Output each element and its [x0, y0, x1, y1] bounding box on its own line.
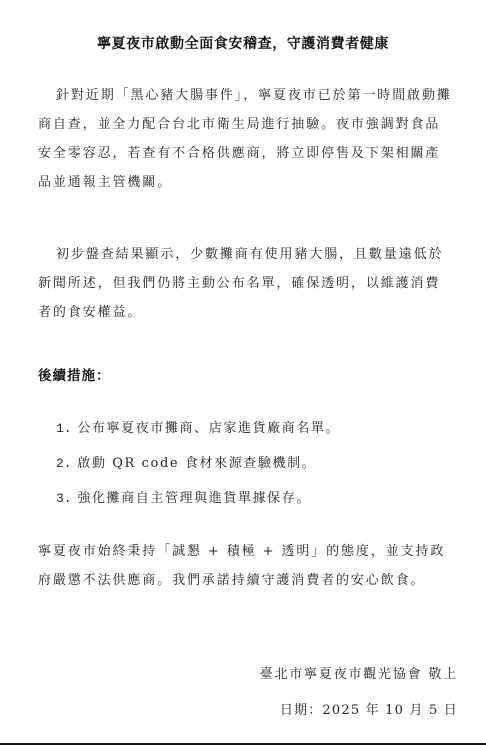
- paragraph-incident-response: 針對近期「黑心豬大腸事件」，寧夏夜市已於第一時間啟動攤商自查，並全力配合台北市衛…: [38, 81, 454, 197]
- press-release-page: 寧夏夜市啟動全面食安稽查，守護消費者健康 針對近期「黑心豬大腸事件」，寧夏夜市已…: [0, 0, 486, 745]
- list-item: 2. 啟動 QR code 食材來源查驗機制。: [56, 449, 340, 484]
- document-title: 寧夏夜市啟動全面食安稽查，守護消費者健康: [0, 33, 486, 53]
- paragraph-initial-findings: 初步盤查結果顯示，少數攤商有使用豬大腸，且數量遠低於新聞所述，但我們仍將主動公布…: [38, 240, 454, 327]
- section-heading-follow-up: 後續措施：: [38, 364, 111, 384]
- date-line: 日期：2025 年 10 月 5 日: [280, 699, 458, 718]
- list-item: 1. 公布寧夏夜市攤商、店家進貨廠商名單。: [56, 414, 340, 449]
- list-item-text: 強化攤商自主管理與進貨單據保存。: [77, 491, 311, 506]
- signature-line: 臺北市寧夏夜市觀光協會 敬上: [260, 663, 458, 682]
- list-item-number: 2.: [56, 456, 72, 471]
- list-item-text: 啟動 QR code 食材來源查驗機制。: [77, 456, 316, 471]
- list-item-number: 3.: [56, 491, 72, 506]
- list-item: 3. 強化攤商自主管理與進貨單據保存。: [56, 484, 340, 519]
- paragraph-text: 初步盤查結果顯示，少數攤商有使用豬大腸，且數量遠低於新聞所述，但我們仍將主動公布…: [38, 247, 443, 320]
- list-item-number: 1.: [56, 421, 72, 436]
- closing-paragraph: 寧夏夜市始終秉持「誠懇 + 積極 + 透明」的態度，並支持政府嚴懲不法供應商。我…: [38, 537, 454, 595]
- paragraph-text: 針對近期「黑心豬大腸事件」，寧夏夜市已於第一時間啟動攤商自查，並全力配合台北市衛…: [38, 88, 452, 190]
- measures-list: 1. 公布寧夏夜市攤商、店家進貨廠商名單。 2. 啟動 QR code 食材來源…: [56, 414, 340, 519]
- list-item-text: 公布寧夏夜市攤商、店家進貨廠商名單。: [77, 421, 340, 436]
